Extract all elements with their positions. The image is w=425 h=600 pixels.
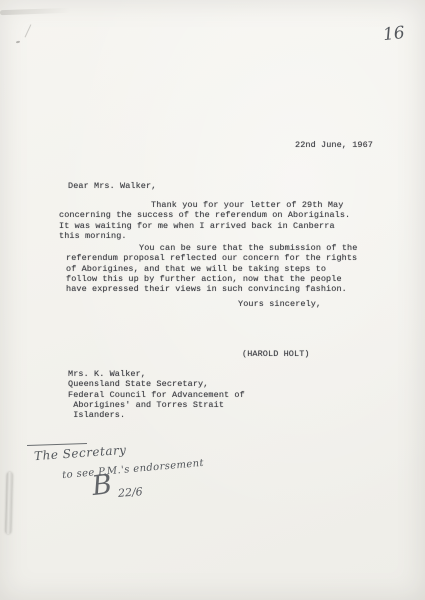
salutation: Dear Mrs. Walker, [68, 181, 156, 191]
letter-page: 16 22nd June, 1967 Dear Mrs. Walker, Tha… [0, 0, 425, 600]
signature-name: (HAROLD HOLT) [242, 349, 310, 359]
annotation-initials: B [90, 469, 113, 502]
letter-date: 22nd June, 1967 [295, 140, 373, 150]
closing-line: Yours sincerely, [238, 299, 321, 309]
scan-smudge [0, 8, 70, 15]
pencil-speck [25, 24, 41, 41]
recipient-address-block: Mrs. K. Walker, Queensland State Secreta… [68, 369, 298, 420]
body-paragraph-1: Thank you for your letter of 29th May co… [59, 200, 369, 241]
staple-mark [5, 472, 13, 534]
pencil-speck [16, 41, 20, 44]
body-paragraph-2: You can be sure that the submission of t… [66, 243, 371, 294]
handwritten-page-number: 16 [382, 23, 406, 45]
annotation-line-2: to see P.M.'s endorsement [62, 458, 205, 481]
annotation-date: 22/6 [118, 485, 144, 500]
annotation-line-1: The Secretary [34, 443, 127, 463]
